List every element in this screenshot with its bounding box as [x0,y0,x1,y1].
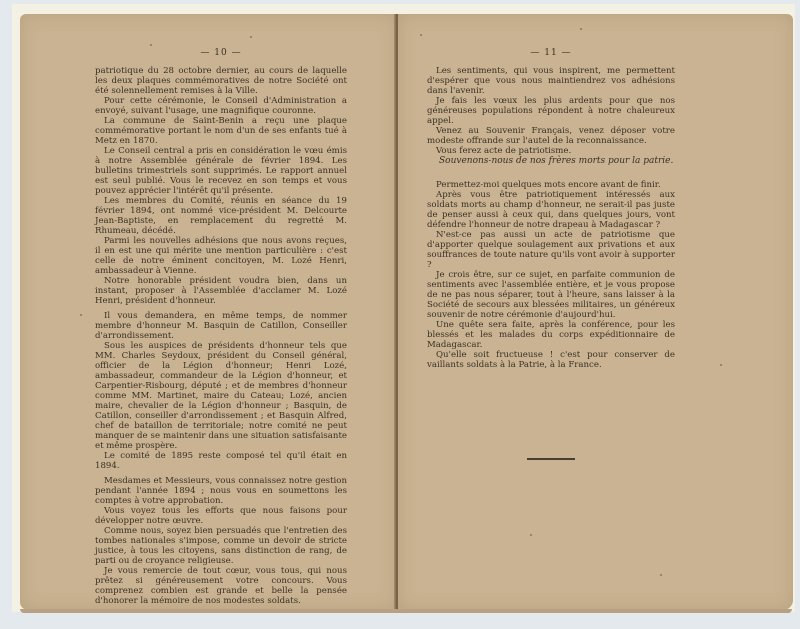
paragraph: Sous les auspices de présidents d'honneu… [95,341,347,451]
page-number: — 10 — [95,48,347,58]
paragraph: N'est-ce pas aussi un acte de patriotism… [427,230,675,270]
paper-speck [530,534,532,536]
motto-line: Souvenons-nous de nos frères morts pour … [427,156,675,166]
paragraph: Je fais les vœux les plus ardents pour q… [427,96,675,126]
paragraph: patriotique du 28 octobre dernier, au co… [95,66,347,96]
paragraph: Pour cette cérémonie, le Conseil d'Admin… [95,96,347,116]
paragraph: Qu'elle soit fructueuse ! c'est pour con… [427,350,675,370]
right-page: — 11 — Les sentiments, qui vous inspiren… [398,14,793,610]
paragraph: Je crois être, sur ce sujet, en parfaite… [427,270,675,320]
paragraph: Vous ferez acte de patriotisme. [427,146,675,156]
left-page: — 10 — patriotique du 28 octobre dernier… [20,14,396,610]
right-page-text: — 11 — Les sentiments, qui vous inspiren… [427,48,675,460]
paragraph: Permettez-moi quelques mots encore avant… [427,180,675,190]
paragraph: La commune de Saint-Benin a reçu une pla… [95,116,347,146]
left-page-text: — 10 — patriotique du 28 octobre dernier… [95,48,347,606]
paper-speck [580,28,582,30]
closing-rule-divider [527,458,575,460]
paragraph: Notre honorable président voudra bien, d… [95,276,347,306]
paper-speck [160,589,162,591]
paragraph: Mesdames et Messieurs, vous connaissez n… [95,476,347,506]
paper-speck [660,574,662,576]
open-booklet: — 10 — patriotique du 28 octobre dernier… [20,14,792,610]
paragraph: Parmi les nouvelles adhésions que nous a… [95,236,347,276]
paragraph: Je vous remercie de tout cœur, vous tous… [95,566,347,606]
paragraph: Après vous être patriotiquement intéress… [427,190,675,230]
paragraph: Le Conseil central a pris en considérati… [95,146,347,196]
paragraph: Le comité de 1895 reste composé tel qu'i… [95,451,347,471]
paper-speck [720,364,722,366]
paragraph: Les membres du Comité, réunis en séance … [95,196,347,236]
paragraph: Il vous demandera, en même temps, de nom… [95,311,347,341]
paper-speck [250,36,252,38]
page-number: — 11 — [427,48,675,58]
paper-speck [420,34,422,36]
paper-speck [150,44,152,46]
paragraph-text: Venez au Souvenir Français, venez dépose… [427,126,675,146]
paragraph: Les sentiments, qui vous inspirent, me p… [427,66,675,96]
paragraph: Vous voyez tous les efforts que nous fai… [95,506,347,526]
paragraph: Une quête sera faite, après la conférenc… [427,320,675,350]
paragraph: Venez au Souvenir Français, venez dépose… [427,126,675,146]
page-bottom-edge [20,609,792,613]
paper-speck [80,314,82,316]
paragraph: Comme nous, soyez bien persuadés que l'e… [95,526,347,566]
